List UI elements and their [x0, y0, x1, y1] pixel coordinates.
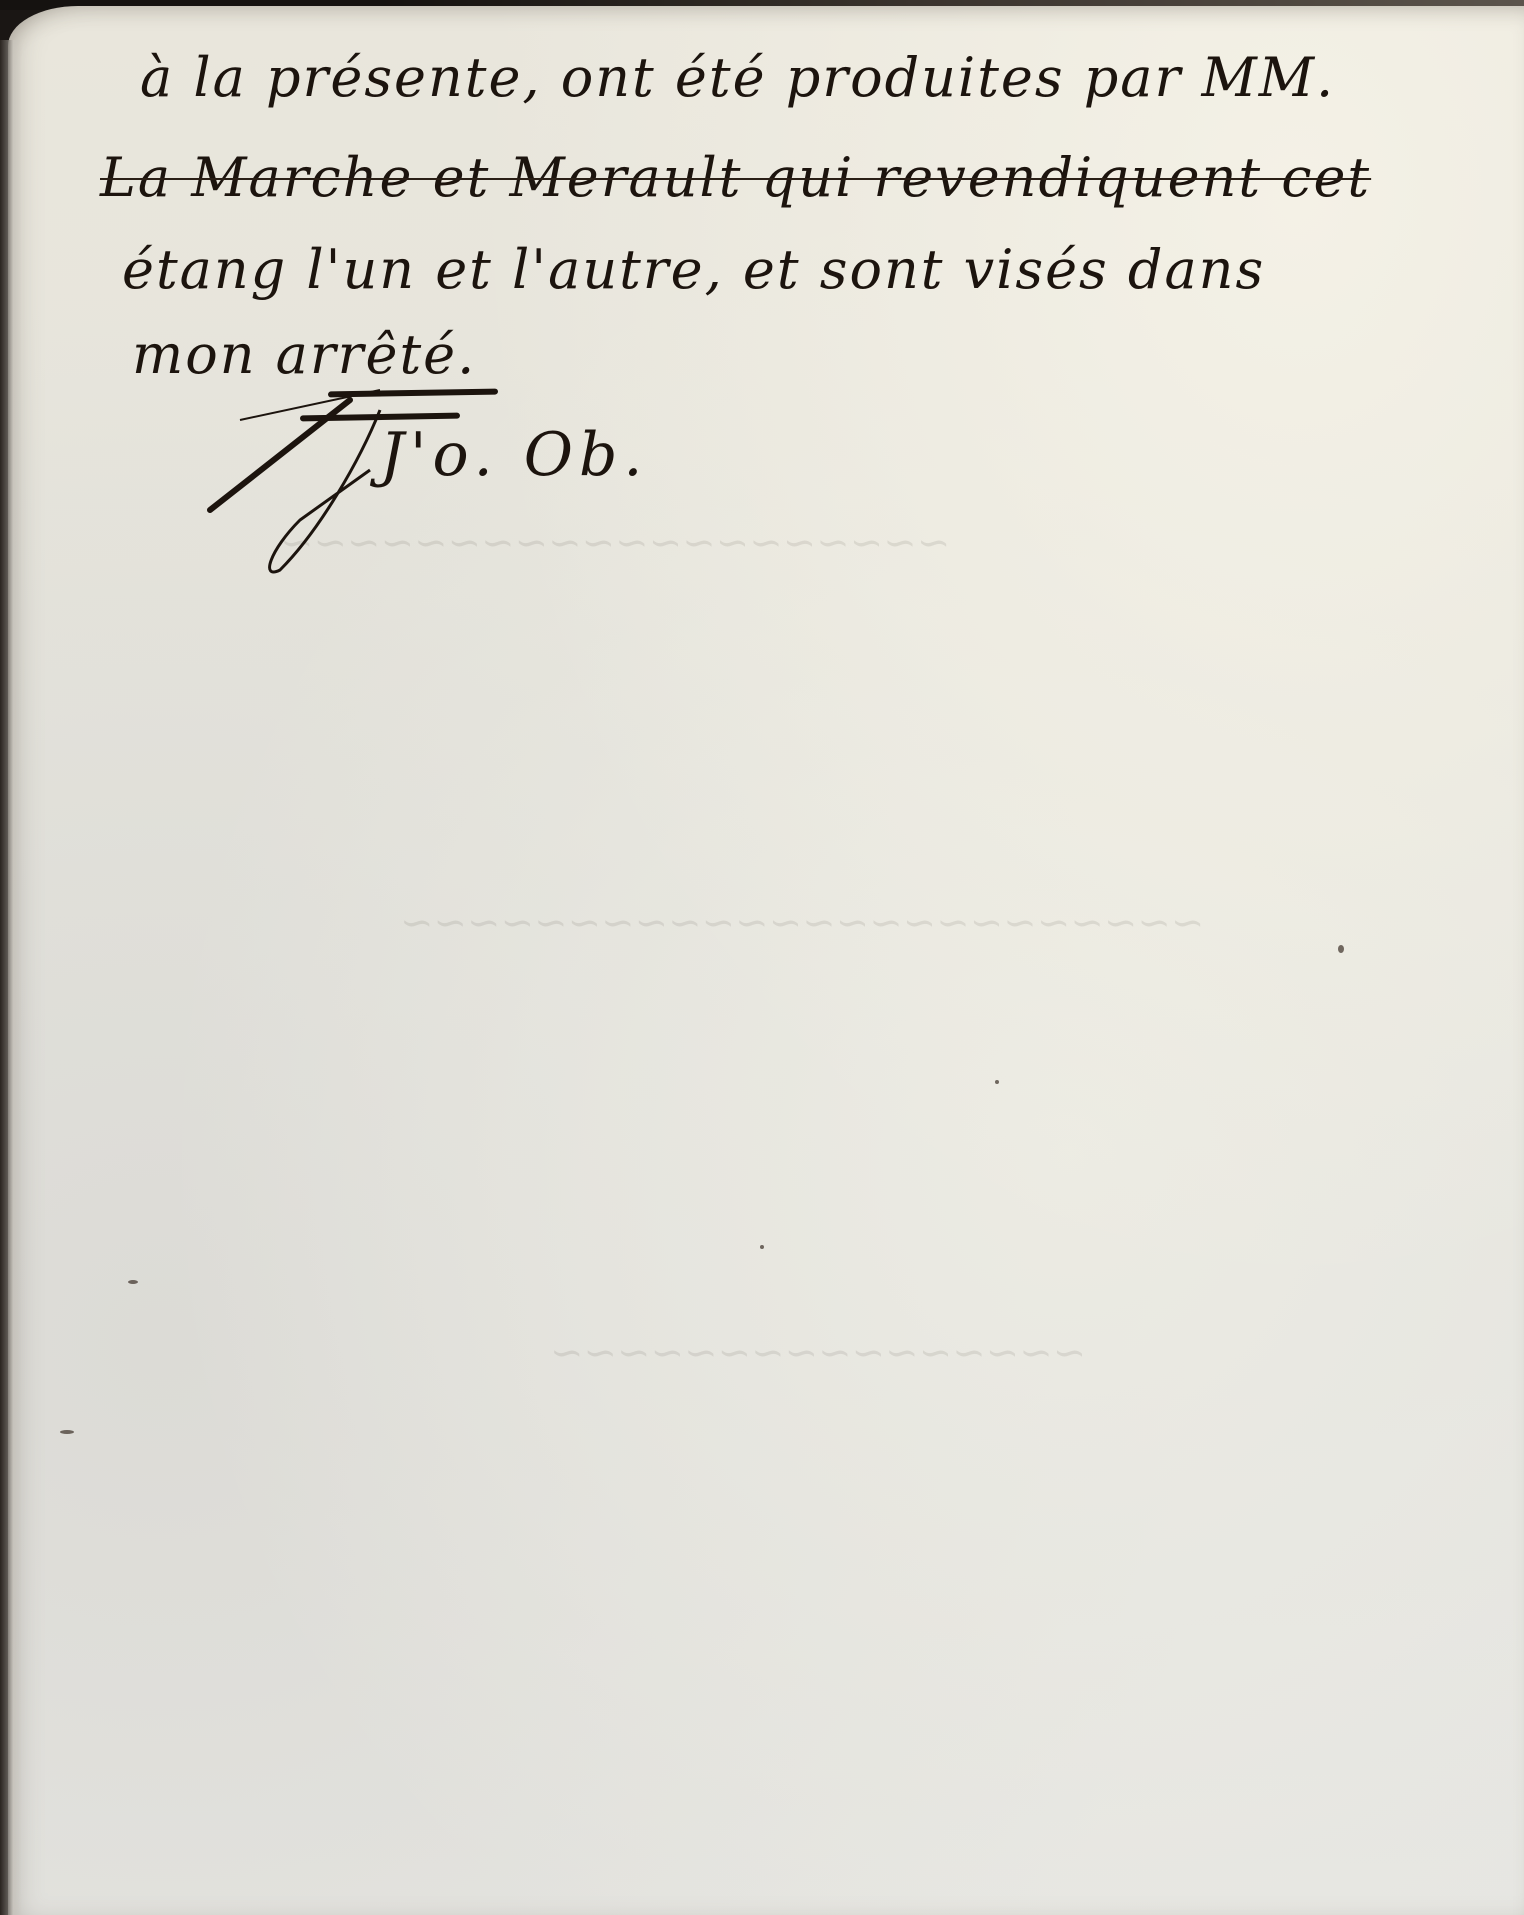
- bleed-through-text: ~~~~~~~~~~~~~~~~~~~~~~~~: [400, 900, 1204, 946]
- manuscript-line-1: à la présente, ont été produites par MM.: [140, 48, 1335, 108]
- ink-spot: [60, 1430, 74, 1434]
- ink-spot: [1338, 945, 1344, 953]
- ink-spot: [128, 1280, 138, 1284]
- ink-spot: [760, 1245, 764, 1249]
- document-photo: ~~~~~~~~~~~~~~~~~~~~ ~~~~~~~~~~~~~~~~~~~…: [0, 0, 1524, 1915]
- bleed-through-text: ~~~~~~~~~~~~~~~~: [550, 1330, 1086, 1376]
- ink-spot: [995, 1080, 999, 1084]
- paper-deckled-edge: [0, 40, 22, 1915]
- manuscript-line-3: étang l'un et l'autre, et sont visés dan…: [122, 240, 1265, 300]
- manuscript-line-2-struck: La Marche et Merault qui revendiquent ce…: [100, 148, 1371, 208]
- signature: J'o. Ob.: [380, 420, 648, 490]
- manuscript-line-4: mon arrêté.: [132, 325, 476, 385]
